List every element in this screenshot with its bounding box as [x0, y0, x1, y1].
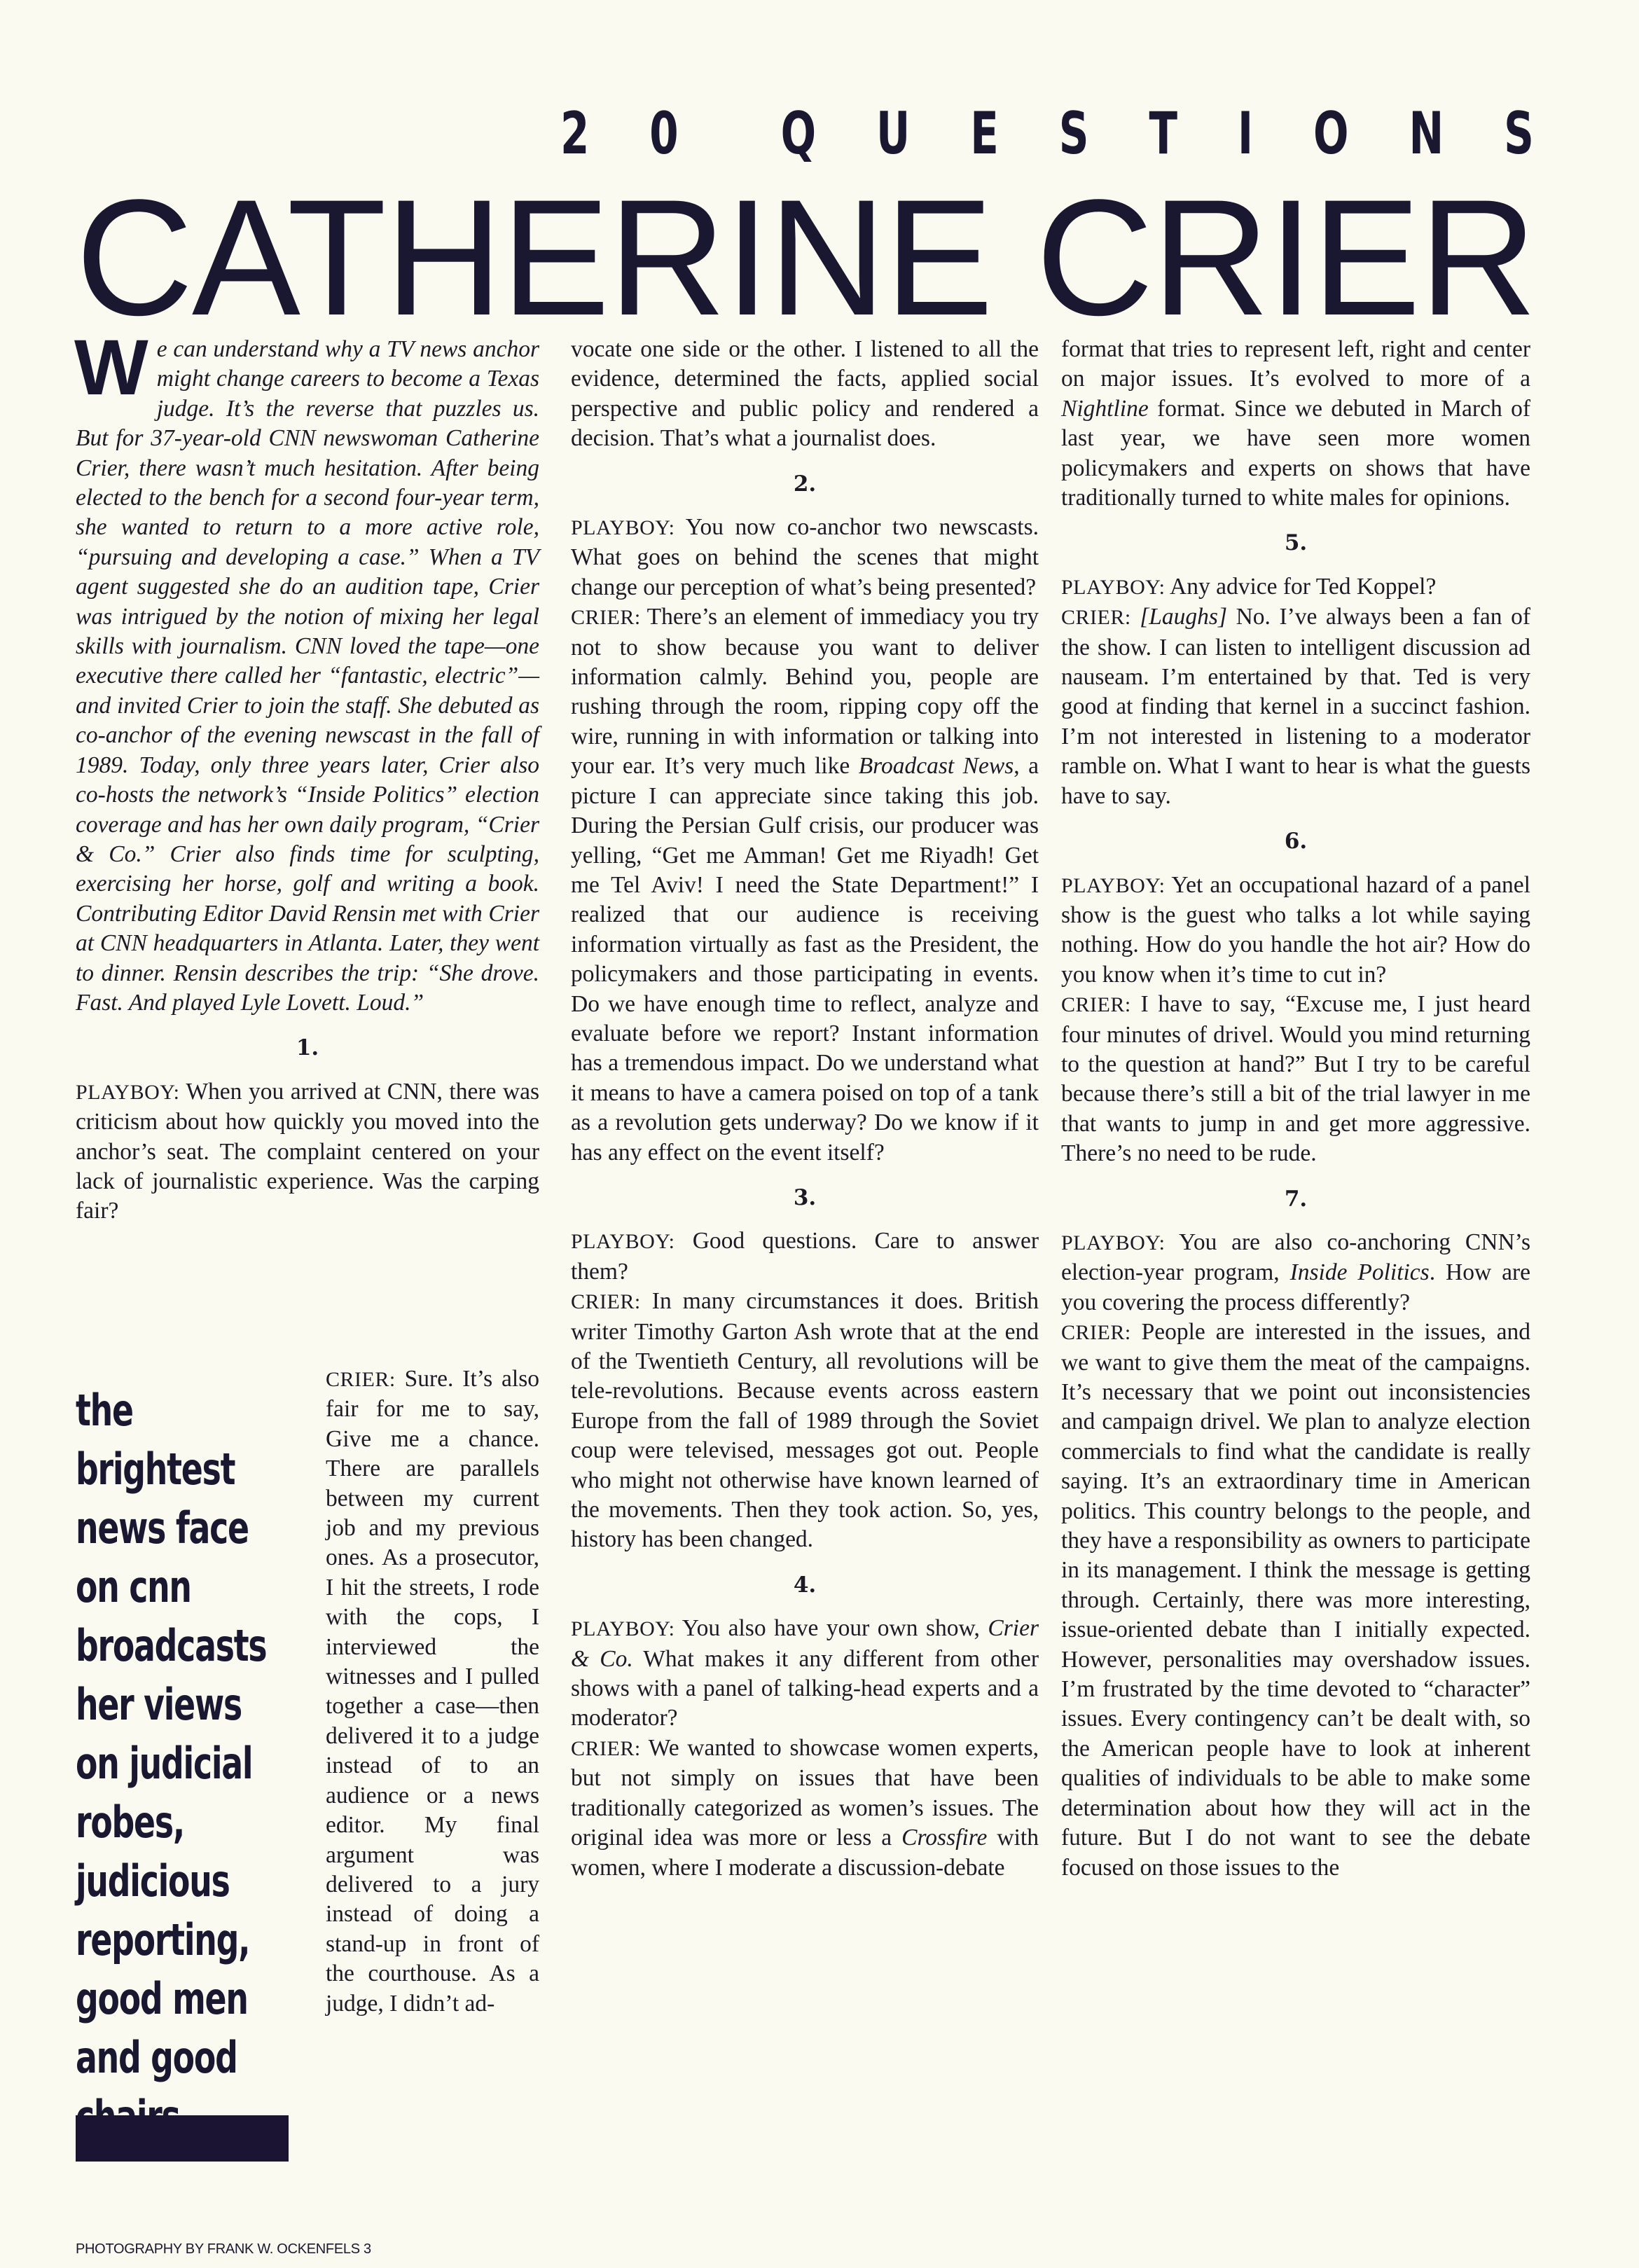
column-3: format that tries to represent left, rig…	[1061, 335, 1530, 1883]
question-5: PLAYBOY: Any advice for Ted Koppel?	[1061, 572, 1530, 602]
question-number: 4.	[571, 1570, 1039, 1600]
pull-quote-line: and good	[76, 2028, 271, 2087]
answer-4: CRIER: We wanted to showcase women exper…	[571, 1734, 1039, 1883]
question-1: PLAYBOY: When you arrived at CNN, there …	[76, 1077, 539, 1226]
kicker-letter: I	[1238, 105, 1253, 163]
question-4: PLAYBOY: You also have your own show, Cr…	[571, 1614, 1039, 1734]
pull-quote-bar	[76, 2115, 289, 2162]
column-1: We can understand why a TV news anchor m…	[76, 335, 539, 1226]
pull-quote: the brightestnews faceon cnnbroadcastshe…	[76, 1381, 271, 2146]
answer-7: CRIER: People are interested in the issu…	[1061, 1318, 1530, 1883]
kicker-letter: S	[1059, 105, 1089, 163]
question-6: PLAYBOY: Yet an occupational hazard of a…	[1061, 871, 1530, 990]
answer-3: CRIER: In many circumstances it does. Br…	[571, 1287, 1039, 1555]
speaker-label: PLAYBOY:	[76, 1081, 180, 1104]
answer-1-start: CRIER: Sure. It’s also fair for me to sa…	[326, 1364, 539, 2019]
question-7: PLAYBOY: You are also co-anchoring CNN’s…	[1061, 1228, 1530, 1318]
answer-1-continued: vocate one side or the other. I listened…	[571, 335, 1039, 454]
pull-quote-line: her views	[76, 1675, 271, 1734]
question-3: PLAYBOY: Good questions. Care to answer …	[571, 1226, 1039, 1287]
answer-6: CRIER: I have to say, “Excuse me, I just…	[1061, 990, 1530, 1168]
kicker-letter: O	[1313, 105, 1348, 163]
kicker-letter: 0	[649, 105, 678, 163]
question-number: 1.	[76, 1033, 539, 1063]
answer-2: CRIER: There’s an element of immediacy y…	[571, 602, 1039, 1168]
speaker-label: CRIER:	[326, 1368, 396, 1391]
question-number: 7.	[1061, 1184, 1530, 1214]
intro-paragraph: We can understand why a TV news anchor m…	[76, 335, 539, 1018]
question-number: 5.	[1061, 528, 1530, 558]
kicker-letter: N	[1409, 105, 1444, 163]
pull-quote-line: good men	[76, 1970, 271, 2028]
question-2: PLAYBOY: You now co-anchor two newscasts…	[571, 513, 1039, 602]
answer-5: CRIER: [Laughs] No. I’ve always been a f…	[1061, 602, 1530, 811]
question-number: 3.	[571, 1183, 1039, 1212]
pull-quote-line: broadcasts	[76, 1617, 271, 1675]
pull-quote-line: on cnn	[76, 1558, 271, 1617]
pull-quote-line: reporting,	[76, 1911, 271, 1970]
pull-quote-line: the brightest	[76, 1381, 271, 1499]
page-title: CATHERINE CRIER	[76, 175, 1514, 340]
kicker-letter: E	[970, 105, 999, 163]
question-number: 2.	[571, 469, 1039, 499]
kicker-letter: T	[1149, 105, 1178, 163]
pull-quote-line: on judicial	[76, 1734, 271, 1793]
answer-4-continued: format that tries to represent left, rig…	[1061, 335, 1530, 513]
drop-cap: W	[74, 339, 148, 396]
kicker-letter: S	[1504, 105, 1534, 163]
pull-quote-line: news face	[76, 1499, 271, 1558]
column-2: vocate one side or the other. I listened…	[571, 335, 1039, 1883]
pull-quote-line: judicious	[76, 1852, 271, 1911]
photo-credit: PHOTOGRAPHY BY FRANK W. OCKENFELS 3	[76, 2241, 371, 2257]
pull-quote-line: robes,	[76, 1793, 271, 1852]
section-kicker: 20QUESTIONS	[560, 105, 1534, 163]
kicker-letter: Q	[781, 105, 816, 163]
question-number: 6.	[1061, 827, 1530, 856]
kicker-letter: U	[876, 105, 910, 163]
kicker-letter: 2	[560, 105, 589, 163]
